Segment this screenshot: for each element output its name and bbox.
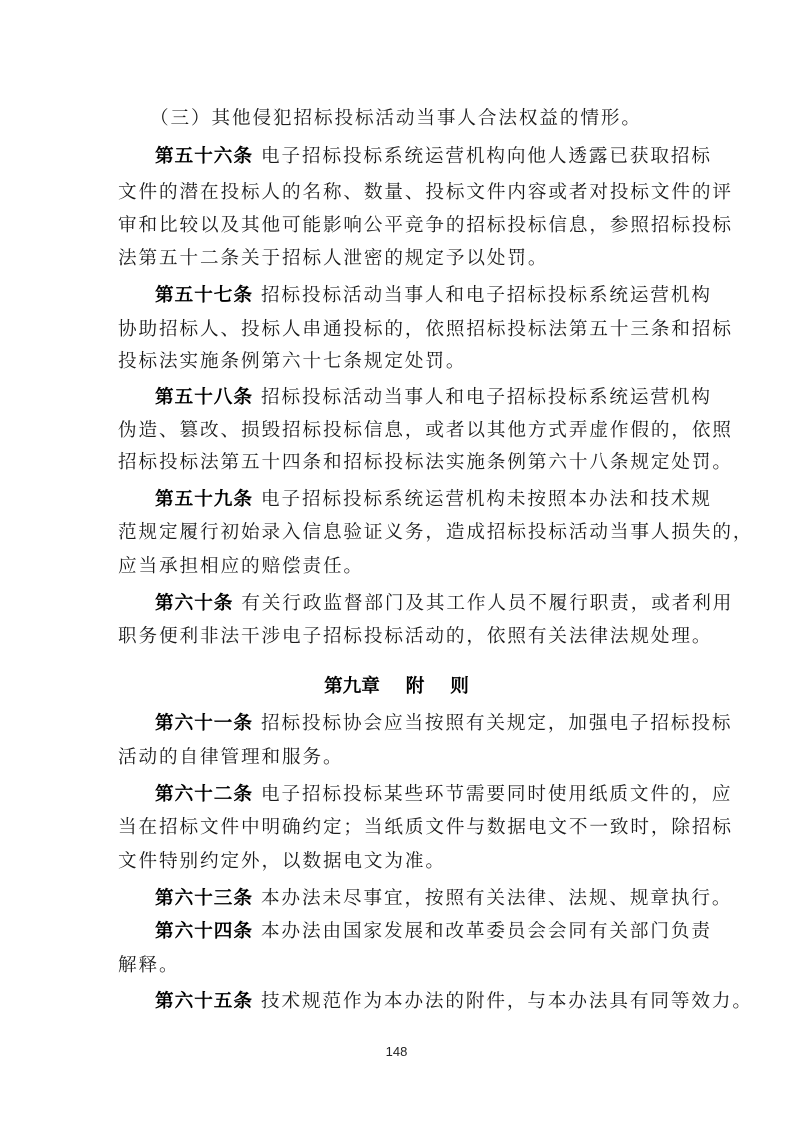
article-61-line-2: 活动的自律管理和服务。 bbox=[118, 741, 678, 775]
article-64: 第六十四条本办法由国家发展和改革委员会会同有关部门负责 bbox=[155, 915, 678, 949]
chapter-title-part-1: 附 bbox=[406, 676, 425, 697]
paragraph-text: 电子招标投标系统运营机构向他人透露已获取招标 bbox=[261, 146, 712, 167]
paragraph-text: 有关行政监督部门及其工作人员不履行职责，或者利用 bbox=[241, 593, 733, 614]
article-59-line-2: 范规定履行初始录入信息验证义务，造成招标投标活动当事人损失的， bbox=[118, 516, 678, 550]
article-63: 第六十三条本办法未尽事宜，按照有关法律、法规、规章执行。 bbox=[155, 882, 678, 916]
paragraph-text: 活动的自律管理和服务。 bbox=[118, 747, 343, 768]
chapter-number: 第九章 bbox=[324, 676, 380, 697]
paragraph-text: 法第五十二条关于招标人泄密的规定予以处罚。 bbox=[118, 248, 548, 269]
article-62: 第六十二条电子招标投标某些环节需要同时使用纸质文件的，应 bbox=[155, 778, 678, 812]
paragraph-text: 协助招标人、投标人串通投标的，依照招标投标法第五十三条和招标 bbox=[118, 319, 733, 340]
paragraph-text: 文件特别约定外，以数据电文为准。 bbox=[118, 851, 446, 872]
paragraph-text: 审和比较以及其他可能影响公平竞争的招标投标信息，参照招标投标 bbox=[118, 215, 733, 236]
article-number: 第五十八条 bbox=[155, 387, 253, 408]
paragraph-text: 范规定履行初始录入信息验证义务，造成招标投标活动当事人损失的， bbox=[118, 522, 753, 543]
article-61: 第六十一条招标投标协会应当按照有关规定，加强电子招标投标 bbox=[155, 707, 678, 741]
chapter-title-part-2: 则 bbox=[450, 676, 469, 697]
paragraph-text: 电子招标投标系统运营机构未按照本办法和技术规 bbox=[261, 489, 712, 510]
paragraph-text: 电子招标投标某些环节需要同时使用纸质文件的，应 bbox=[261, 784, 732, 805]
paragraph-text: 招标投标协会应当按照有关规定，加强电子招标投标 bbox=[261, 713, 732, 734]
paragraph-text: 招标投标活动当事人和电子招标投标系统运营机构 bbox=[261, 285, 712, 306]
article-59: 第五十九条电子招标投标系统运营机构未按照本办法和技术规 bbox=[155, 483, 678, 517]
article-number: 第六十四条 bbox=[155, 921, 253, 942]
document-page: （三）其他侵犯招标投标活动当事人合法权益的情形。 第五十六条电子招标投标系统运营… bbox=[0, 0, 793, 1122]
article-number: 第六十二条 bbox=[155, 784, 253, 805]
article-58-line-2: 伪造、篡改、损毁招标投标信息，或者以其他方式弄虚作假的，依照 bbox=[118, 414, 678, 448]
paragraph-text: 职务便利非法干涉电子招标投标活动的，依照有关法律法规处理。 bbox=[118, 626, 712, 647]
article-56-line-2: 文件的潜在投标人的名称、数量、投标文件内容或者对投标文件的评 bbox=[118, 176, 678, 210]
paragraph-text: 应当承担相应的赔偿责任。 bbox=[118, 556, 364, 577]
paragraph-text: 本办法未尽事宜，按照有关法律、法规、规章执行。 bbox=[261, 888, 732, 909]
paragraph-text: 本办法由国家发展和改革委员会会同有关部门负责 bbox=[261, 921, 712, 942]
article-57-line-3: 投标法实施条例第六十七条规定处罚。 bbox=[118, 345, 678, 379]
article-number: 第六十三条 bbox=[155, 888, 253, 909]
page-number: 148 bbox=[0, 1044, 793, 1059]
article-64-line-2: 解释。 bbox=[118, 949, 678, 983]
paragraph-text: 投标法实施条例第六十七条规定处罚。 bbox=[118, 351, 466, 372]
article-60: 第六十条有关行政监督部门及其工作人员不履行职责，或者利用 bbox=[155, 587, 678, 621]
article-57-line-2: 协助招标人、投标人串通投标的，依照招标投标法第五十三条和招标 bbox=[118, 313, 678, 347]
paragraph-text: 招标投标法第五十四条和招标投标法实施条例第六十八条规定处罚。 bbox=[118, 452, 733, 473]
paragraph-text: （三）其他侵犯招标投标活动当事人合法权益的情形。 bbox=[150, 108, 642, 129]
paragraph-text: 伪造、篡改、损毁招标投标信息，或者以其他方式弄虚作假的，依照 bbox=[118, 420, 733, 441]
article-56: 第五十六条电子招标投标系统运营机构向他人透露已获取招标 bbox=[155, 140, 678, 174]
article-60-line-2: 职务便利非法干涉电子招标投标活动的，依照有关法律法规处理。 bbox=[118, 620, 678, 654]
article-56-line-3: 审和比较以及其他可能影响公平竞争的招标投标信息，参照招标投标 bbox=[118, 209, 678, 243]
paragraph-text: 招标投标活动当事人和电子招标投标系统运营机构 bbox=[261, 387, 712, 408]
article-58-line-3: 招标投标法第五十四条和招标投标法实施条例第六十八条规定处罚。 bbox=[118, 446, 678, 480]
article-58: 第五十八条招标投标活动当事人和电子招标投标系统运营机构 bbox=[155, 381, 678, 415]
paragraph-text: 技术规范作为本办法的附件，与本办法具有同等效力。 bbox=[261, 991, 753, 1012]
paragraph-text: 解释。 bbox=[118, 955, 179, 976]
article-62-line-2: 当在招标文件中明确约定；当纸质文件与数据电文不一致时，除招标 bbox=[118, 811, 678, 845]
chapter-heading: 第九章 附 则 bbox=[0, 670, 793, 704]
article-number: 第六十一条 bbox=[155, 713, 253, 734]
article-number: 第五十七条 bbox=[155, 285, 253, 306]
article-65: 第六十五条技术规范作为本办法的附件，与本办法具有同等效力。 bbox=[155, 985, 678, 1019]
article-57: 第五十七条招标投标活动当事人和电子招标投标系统运营机构 bbox=[155, 279, 678, 313]
paragraph-text: 文件的潜在投标人的名称、数量、投标文件内容或者对投标文件的评 bbox=[118, 182, 733, 203]
list-item-three: （三）其他侵犯招标投标活动当事人合法权益的情形。 bbox=[150, 102, 673, 136]
article-number: 第六十条 bbox=[155, 593, 233, 614]
article-number: 第五十六条 bbox=[155, 146, 253, 167]
article-56-line-4: 法第五十二条关于招标人泄密的规定予以处罚。 bbox=[118, 242, 678, 276]
article-number: 第五十九条 bbox=[155, 489, 253, 510]
paragraph-text: 当在招标文件中明确约定；当纸质文件与数据电文不一致时，除招标 bbox=[118, 817, 733, 838]
article-number: 第六十五条 bbox=[155, 991, 253, 1012]
article-62-line-3: 文件特别约定外，以数据电文为准。 bbox=[118, 845, 678, 879]
article-59-line-3: 应当承担相应的赔偿责任。 bbox=[118, 550, 678, 584]
